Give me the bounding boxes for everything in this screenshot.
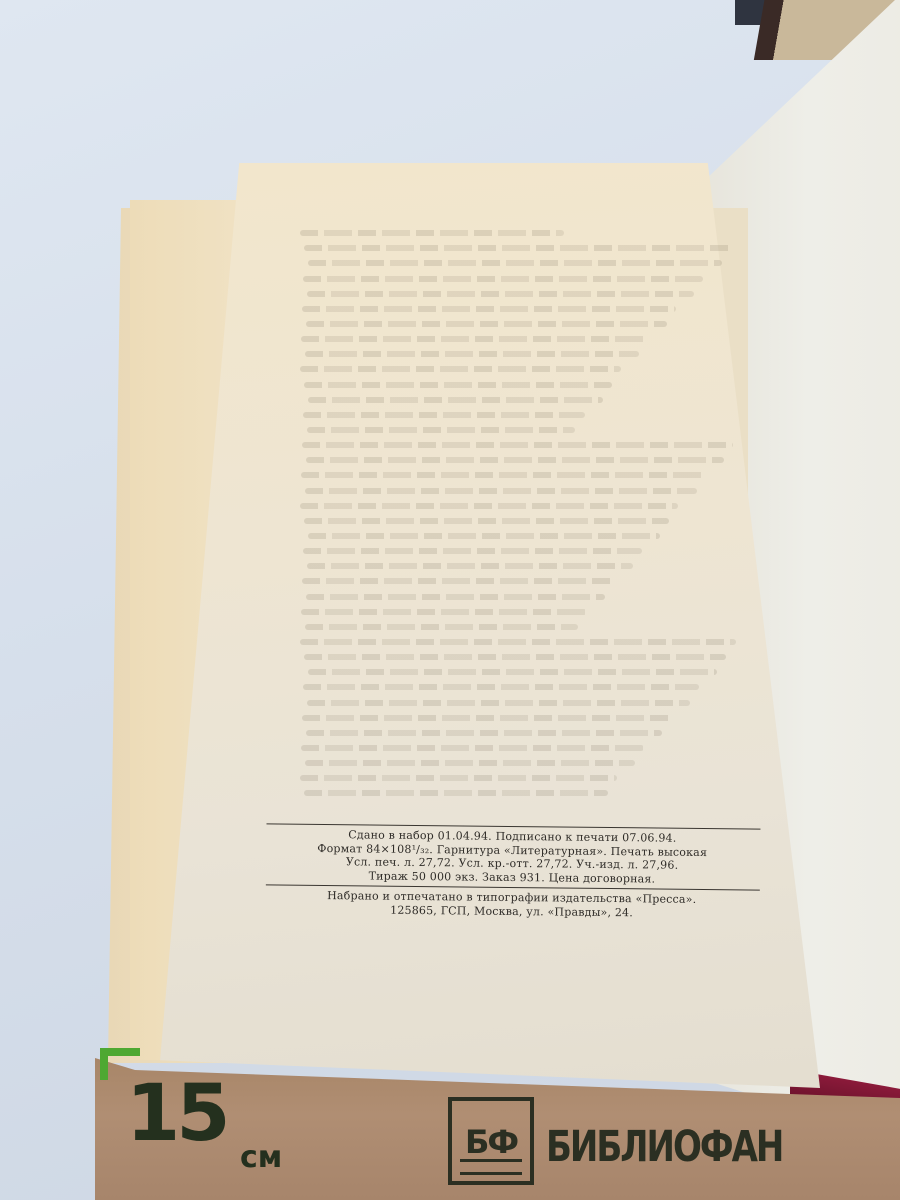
bleed-line [300, 503, 678, 509]
bleed-line [302, 578, 614, 584]
bleed-line [300, 366, 621, 372]
bleed-line [302, 715, 672, 721]
photo-scene: Сдано в набор 01.04.94. Подписано к печа… [0, 0, 900, 1200]
bleed-line [307, 700, 690, 706]
bleed-line [305, 624, 578, 630]
ruler-tick [100, 1048, 140, 1056]
bleed-line [304, 245, 731, 251]
bleed-line [305, 760, 635, 766]
bleed-line [300, 775, 617, 781]
bleed-line [306, 457, 724, 463]
bleed-line [307, 563, 633, 569]
bleed-line [306, 594, 605, 600]
bleed-line [302, 442, 733, 448]
bleed-line [308, 397, 603, 403]
bleed-line [307, 427, 575, 433]
bleed-line [301, 472, 706, 478]
bleed-line [304, 790, 608, 796]
colophon: Сдано в набор 01.04.94. Подписано к печа… [262, 823, 763, 920]
ruler-unit: см [240, 1140, 282, 1175]
bleed-line [308, 260, 722, 266]
bleed-line [301, 745, 644, 751]
bleed-line [307, 291, 694, 297]
bleed-line [304, 518, 669, 524]
open-book-icon [460, 1159, 522, 1175]
bleed-line [303, 548, 642, 554]
bleed-line [303, 276, 703, 282]
bleed-line [302, 306, 676, 312]
bleed-line [304, 654, 726, 660]
bleed-line [301, 609, 587, 615]
bleed-line [308, 669, 717, 675]
bleed-line [301, 336, 649, 342]
bleed-line [306, 321, 667, 327]
bleed-line [306, 730, 662, 736]
bleed-through-text [300, 230, 740, 805]
bleed-line [303, 684, 699, 690]
bleed-line [300, 230, 564, 236]
bleed-line [300, 639, 736, 645]
bleed-line [305, 351, 639, 357]
bleed-line [304, 382, 612, 388]
bleed-line [308, 533, 660, 539]
ruler-number: 15 [126, 1075, 227, 1153]
bleed-line [303, 412, 585, 418]
brand-name: БИБЛИОФАН [546, 1122, 782, 1172]
bleed-line [305, 488, 697, 494]
book-logo-icon: БФ [448, 1097, 534, 1185]
logo-letters: БФ [452, 1123, 530, 1161]
